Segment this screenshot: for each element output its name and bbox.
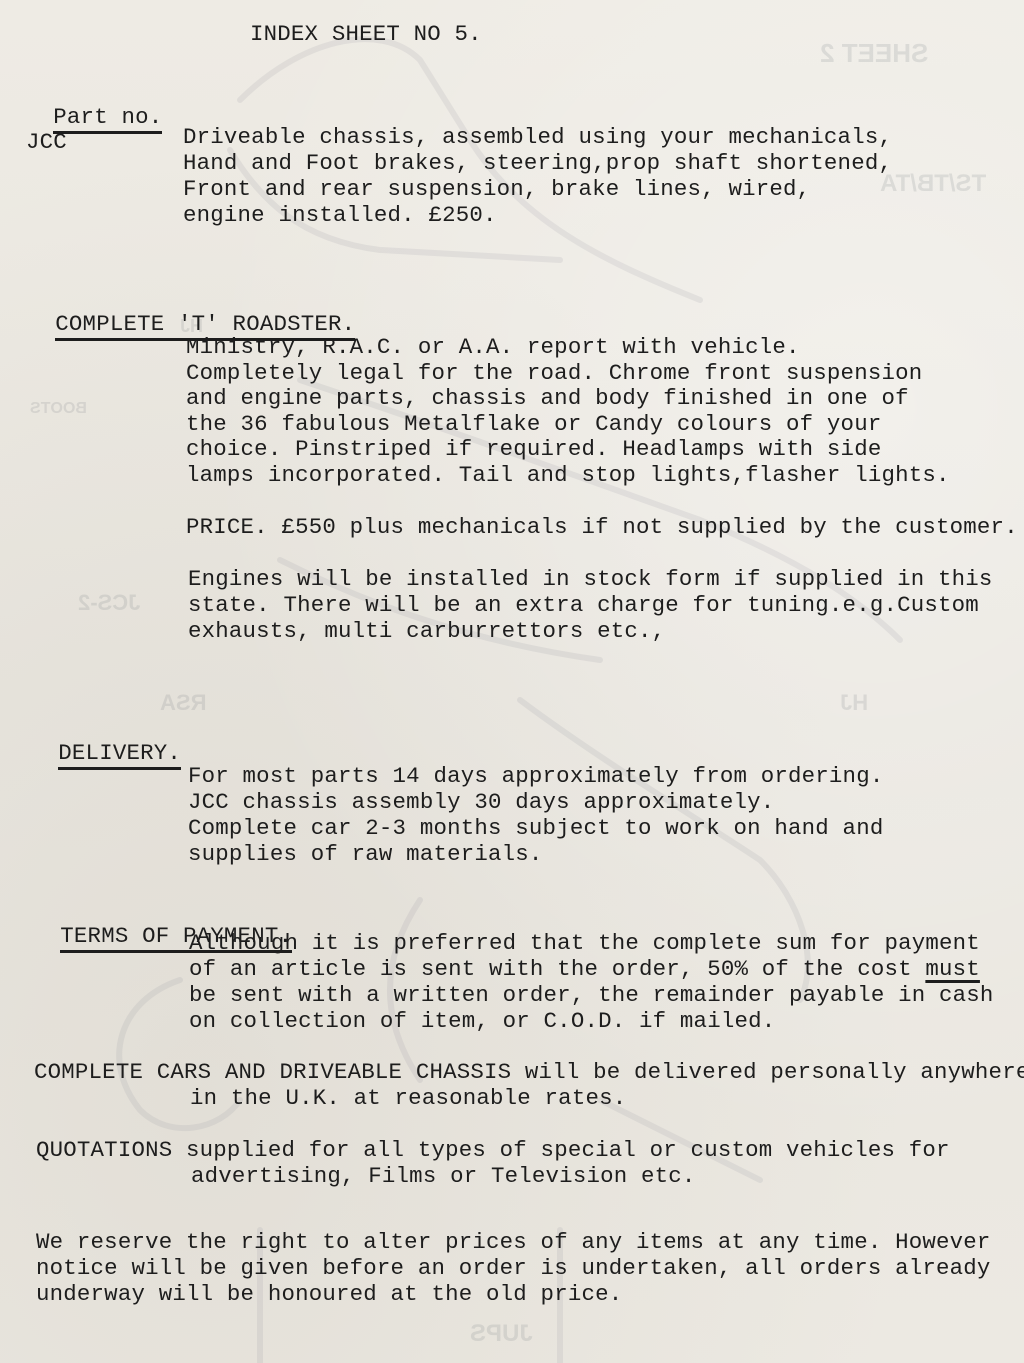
roadster-desc-line: the 36 fabulous Metalflake or Candy colo… xyxy=(186,411,881,437)
roadster-desc-line: Ministry, R.A.C. or A.A. report with veh… xyxy=(186,334,800,360)
roadster-desc-line: Completely legal for the road. Chrome fr… xyxy=(186,360,922,386)
delivery-heading-text: DELIVERY. xyxy=(58,740,181,770)
part-code-jcc: JCC xyxy=(26,129,67,155)
engines-line: state. There will be an extra charge for… xyxy=(188,592,979,618)
page-title: INDEX SHEET NO 5. xyxy=(250,21,482,47)
roadster-price: PRICE. £550 plus mechanicals if not supp… xyxy=(186,514,1018,540)
emphasis-must: must xyxy=(925,956,980,982)
jcc-desc-line: engine installed. £250. xyxy=(183,202,497,228)
payment-line-text: of an article is sent with the order, 50… xyxy=(189,956,925,982)
complete-cars-line: in the U.K. at reasonable rates. xyxy=(190,1085,626,1111)
delivery-heading: DELIVERY. xyxy=(31,714,181,766)
quotations-line: QUOTATIONS supplied for all types of spe… xyxy=(36,1137,950,1163)
payment-line: be sent with a written order, the remain… xyxy=(189,982,994,1008)
payment-line: of an article is sent with the order, 50… xyxy=(189,956,980,982)
delivery-line: Complete car 2-3 months subject to work … xyxy=(188,815,883,841)
reserve-line: underway will be honoured at the old pri… xyxy=(36,1281,622,1307)
quotations-line: advertising, Films or Television etc. xyxy=(191,1163,696,1189)
jcc-desc-line: Front and rear suspension, brake lines, … xyxy=(183,176,810,202)
part-no-heading-text: Part no. xyxy=(53,104,162,134)
reserve-line: We reserve the right to alter prices of … xyxy=(36,1229,991,1255)
delivery-line: For most parts 14 days approximately fro… xyxy=(188,763,883,789)
jcc-desc-line: Driveable chassis, assembled using your … xyxy=(183,124,892,150)
roadster-heading: COMPLETE 'T' ROADSTER. xyxy=(28,285,355,337)
payment-line: on collection of item, or C.O.D. if mail… xyxy=(189,1008,775,1034)
engines-line: exhausts, multi carburrettors etc., xyxy=(188,618,665,644)
delivery-line: supplies of raw materials. xyxy=(188,841,543,867)
roadster-desc-line: choice. Pinstriped if required. Headlamp… xyxy=(186,436,881,462)
reserve-line: notice will be given before an order is … xyxy=(36,1255,991,1281)
jcc-desc-line: Hand and Foot brakes, steering,prop shaf… xyxy=(183,150,892,176)
payment-line: Although it is preferred that the comple… xyxy=(189,930,980,956)
part-no-heading: Part no. xyxy=(26,78,162,130)
roadster-desc-line: lamps incorporated. Tail and stop lights… xyxy=(186,462,950,488)
engines-line: Engines will be installed in stock form … xyxy=(188,566,993,592)
delivery-line: JCC chassis assembly 30 days approximate… xyxy=(188,789,774,815)
roadster-desc-line: and engine parts, chassis and body finis… xyxy=(186,385,909,411)
complete-cars-line: COMPLETE CARS AND DRIVEABLE CHASSIS will… xyxy=(34,1059,1024,1085)
